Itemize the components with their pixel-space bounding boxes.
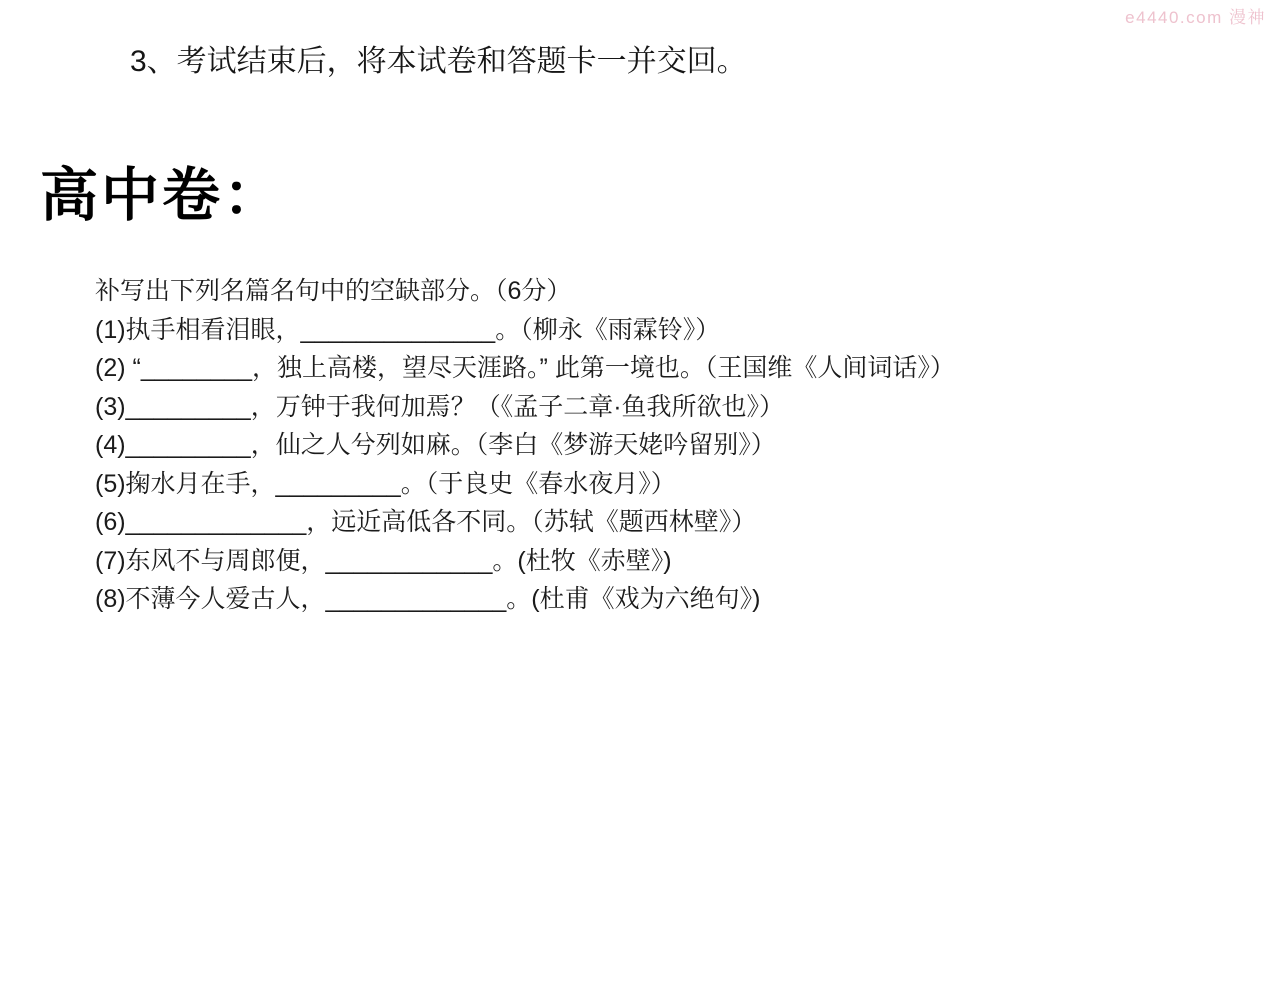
question-line-2: (2) “________，独上高楼，望尽天涯路。” 此第一境也。（王国维《人间…	[95, 349, 955, 388]
question-intro: 补写出下列名篇名句中的空缺部分。（6分）	[95, 272, 955, 311]
question-line-8: (8)不薄今人爱古人，_____________。(杜甫《戏为六绝句》)	[95, 580, 955, 619]
question-line-1: (1)执手相看泪眼，______________。（柳永《雨霖铃》）	[95, 311, 955, 350]
site-watermark: e4440.com 漫神	[1125, 3, 1266, 28]
question-line-5: (5)掬水月在手，_________。（于良史《春水夜月》）	[95, 465, 955, 504]
exam-instruction: 3、考试结束后，将本试卷和答题卡一并交回。	[130, 36, 747, 80]
section-heading: 高中卷：	[40, 148, 284, 232]
question-line-4: (4)_________，仙之人兮列如麻。（李白《梦游天姥吟留别》）	[95, 426, 955, 465]
question-line-7: (7)东风不与周郎便，____________。(杜牧《赤壁》)	[95, 542, 955, 581]
question-block: 补写出下列名篇名句中的空缺部分。（6分） (1)执手相看泪眼，_________…	[95, 272, 955, 619]
question-line-3: (3)_________，万钟于我何加焉？（《孟子二章·鱼我所欲也》）	[95, 388, 955, 427]
exam-page: e4440.com 漫神 3、考试结束后，将本试卷和答题卡一并交回。 高中卷： …	[0, 0, 1280, 1000]
question-line-6: (6)_____________，远近高低各不同。（苏轼《题西林壁》）	[95, 503, 955, 542]
